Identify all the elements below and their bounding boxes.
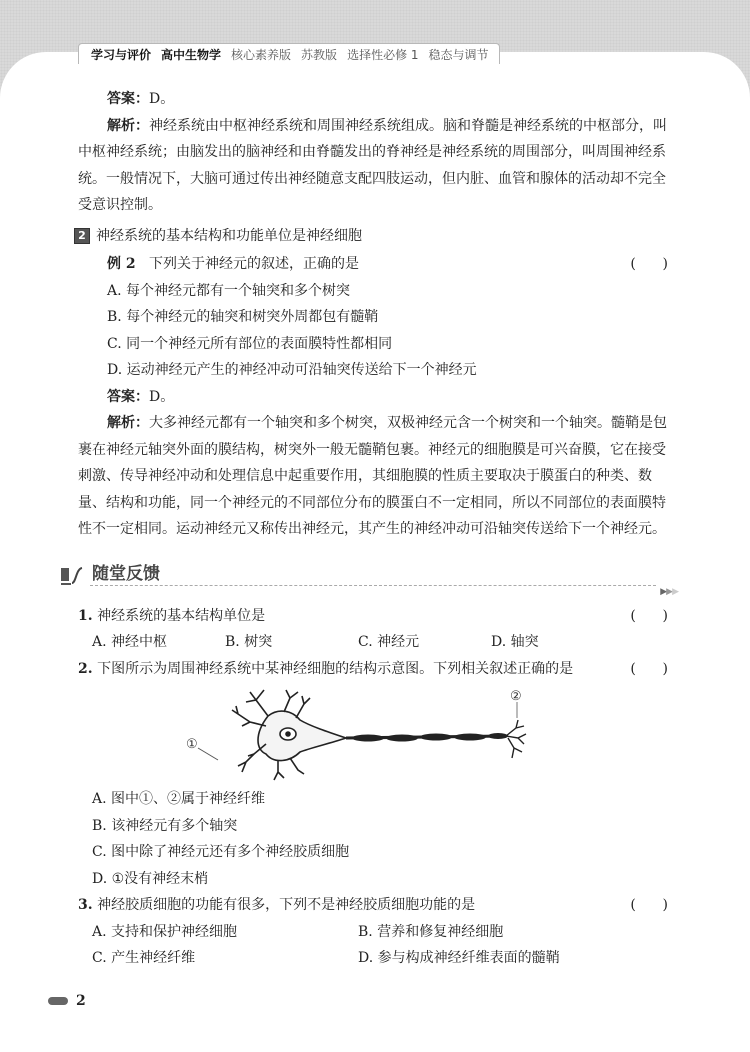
answer-bracket: ( ) (630, 603, 670, 630)
running-header: 学习与评价 高中生物学 核心素养版 苏教版 选择性必修 1 稳态与调节 (78, 43, 500, 64)
answer-bracket: ( ) (630, 251, 670, 278)
option: C. 同一个神经元所有部位的表面膜特性都相同 (78, 331, 670, 358)
feedback-logo: 随堂反馈 (60, 561, 160, 588)
option: C. 神经元 (358, 629, 491, 656)
section-heading: 2 神经系统的基本结构和功能单位是神经细胞 (74, 223, 670, 250)
header-publisher: 苏教版 (301, 46, 337, 63)
option: B. 营养和修复神经细胞 (358, 919, 624, 946)
answer-bracket: ( ) (630, 892, 670, 919)
option: C. 图中除了神经元还有多个神经胶质细胞 (78, 839, 670, 866)
page-footer: 2 (48, 993, 86, 1009)
header-volume: 选择性必修 1 (347, 46, 418, 63)
option: A. 支持和保护神经细胞 (92, 919, 358, 946)
question-2-stem: 2. 下图所示为周围神经系统中某神经细胞的结构示意图。下列相关叙述正确的是 ( … (78, 656, 670, 683)
analysis-paragraph: 解析：大多神经元都有一个轴突和多个树突，双极神经元含一个树突和一个轴突。髓鞘是包… (78, 410, 670, 543)
option: D. 运动神经元产生的神经冲动可沿轴突传送给下一个神经元 (78, 357, 670, 384)
dotted-rule (90, 585, 656, 586)
example-stem: 例 2 下列关于神经元的叙述，正确的是 ( ) (78, 251, 670, 278)
option: B. 每个神经元的轴突和树突外周都包有髓鞘 (78, 304, 670, 331)
feedback-title: 随堂反馈 (92, 561, 160, 588)
answer-line: 答案：D。 (78, 86, 670, 113)
label-1: ① (186, 737, 198, 752)
option: D. 参与构成神经纤维表面的髓鞘 (358, 945, 624, 972)
header-unit: 稳态与调节 (429, 46, 489, 63)
header-subject: 高中生物学 (161, 46, 221, 63)
section-number-badge: 2 (74, 228, 90, 244)
page-number: 2 (76, 993, 86, 1009)
book-pen-icon (60, 565, 86, 587)
question-1-stem: 1. 神经系统的基本结构单位是 ( ) (78, 603, 670, 630)
neuron-diagram: ① ② (78, 682, 670, 786)
answer-line: 答案：D。 (78, 384, 670, 411)
option: A. 神经中枢 (92, 629, 225, 656)
feedback-section-header: 随堂反馈 ▶▶▶ (60, 557, 678, 587)
triple-arrow-icon: ▶▶▶ (660, 579, 678, 606)
header-book: 学习与评价 (91, 46, 151, 63)
page-content: 答案：D。 解析：神经系统由中枢神经系统和周围神经系统组成。脑和脊髓是神经系统的… (78, 86, 670, 972)
option: D. ①没有神经末梢 (78, 866, 670, 893)
header-edition: 核心素养版 (231, 46, 291, 63)
option: A. 每个神经元都有一个轴突和多个树突 (78, 278, 670, 305)
question-1-options: A. 神经中枢 B. 树突 C. 神经元 D. 轴突 (78, 629, 670, 656)
analysis-paragraph: 解析：神经系统由中枢神经系统和周围神经系统组成。脑和脊髓是神经系统的中枢部分，叫… (78, 113, 670, 219)
question-3-stem: 3. 神经胶质细胞的功能有很多，下列不是神经胶质细胞功能的是 ( ) (78, 892, 670, 919)
answer-bracket: ( ) (630, 656, 670, 683)
label-2: ② (510, 689, 522, 704)
question-3-options: C. 产生神经纤维 D. 参与构成神经纤维表面的髓鞘 (78, 945, 670, 972)
neuron-illustration: ① ② (78, 682, 670, 786)
option: B. 树突 (225, 629, 358, 656)
option: A. 图中①、②属于神经纤维 (78, 786, 670, 813)
question-3-options: A. 支持和保护神经细胞 B. 营养和修复神经细胞 (78, 919, 670, 946)
page-marker-pill (48, 997, 68, 1005)
section-title: 神经系统的基本结构和功能单位是神经细胞 (96, 223, 362, 250)
option: B. 该神经元有多个轴突 (78, 813, 670, 840)
option: D. 轴突 (491, 629, 624, 656)
option: C. 产生神经纤维 (92, 945, 358, 972)
